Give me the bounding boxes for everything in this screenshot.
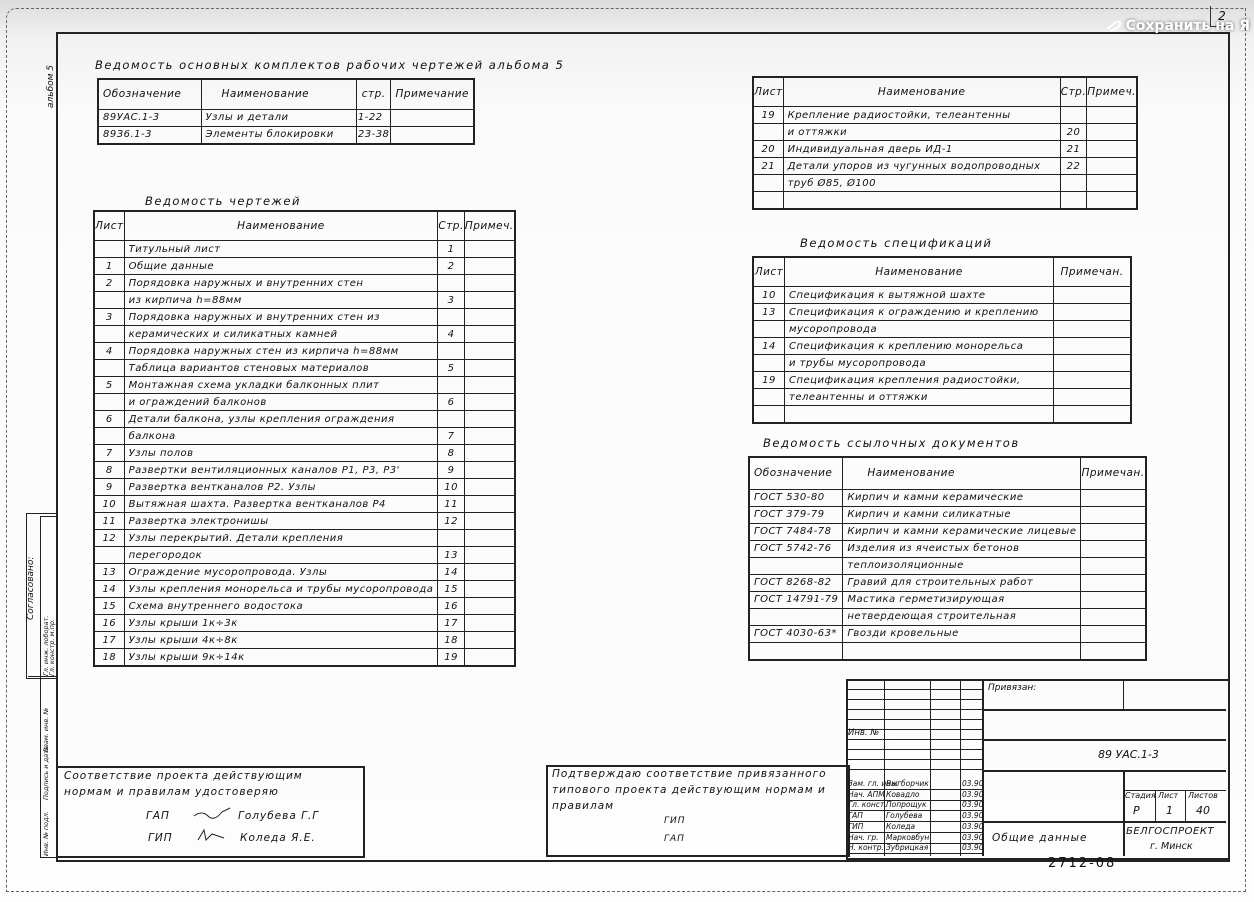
stamp-name: Голубева <box>886 811 922 820</box>
table-cell: Кирпич и камни керамические <box>843 489 1081 506</box>
col-header: Лист <box>94 211 124 241</box>
table-cell: 2 <box>94 275 124 292</box>
col-header: Стр. <box>438 211 464 241</box>
signer-role: ГИП <box>148 832 173 844</box>
table-cell: Индивидуальная дверь ИД-1 <box>783 141 1060 158</box>
main-sets-table: Обозначение Наименование стр. Примечание… <box>97 78 475 145</box>
table-cell <box>753 406 785 424</box>
table-cell <box>753 321 785 338</box>
table-cell: 11 <box>94 513 124 530</box>
table-row: 21Детали упоров из чугунных водопроводны… <box>753 158 1137 175</box>
inv-no-label: Инв. № <box>848 728 879 738</box>
table-cell <box>94 428 124 445</box>
table-cell: 16 <box>94 615 124 632</box>
table-cell <box>464 615 514 632</box>
table-cell: из кирпича h=88мм <box>124 292 438 309</box>
col-header: Примечан. <box>1081 457 1146 489</box>
table-cell: керамических и силикатных камней <box>124 326 438 343</box>
drawing-sheet: 2 Сохранить на Я альбом 5 Ведомость осно… <box>0 0 1254 902</box>
sheets-header: Листов <box>1188 791 1218 800</box>
table-row: 1Общие данные2 <box>94 258 515 275</box>
table-cell <box>749 557 843 574</box>
table-cell: 17 <box>438 615 464 632</box>
table-cell: ГОСТ 14791-79 <box>749 591 843 608</box>
signer-role: ГИП <box>664 816 686 826</box>
stamp-name: Попрощук <box>886 800 927 809</box>
table-cell: Монтажная схема укладки балконных плит <box>124 377 438 394</box>
sheet-header: Лист <box>1158 791 1178 800</box>
stamp-date: 03.90 <box>962 822 983 831</box>
table-cell: 18 <box>94 649 124 667</box>
table-cell: Узлы полов <box>124 445 438 462</box>
table-cell: Гвозди кровельные <box>843 625 1081 642</box>
sheet-value: 1 <box>1166 804 1173 817</box>
stamp-role: Гл. конст. <box>848 800 887 809</box>
stamp-role: Н. контр. <box>848 843 884 852</box>
table-cell: Детали балкона, узлы крепления ограждени… <box>124 411 438 428</box>
table-cell <box>464 275 514 292</box>
col-header: Наименование <box>783 77 1060 107</box>
table-cell <box>1060 175 1086 192</box>
table-cell: 21 <box>1060 141 1086 158</box>
table-row: 18Узлы крыши 9к÷14к19 <box>94 649 515 667</box>
table-cell: 16 <box>438 598 464 615</box>
table-cell <box>464 258 514 275</box>
table-row: 89З6.1-3 Элементы блокировки 23-38 <box>98 126 474 144</box>
table-cell <box>438 275 464 292</box>
table-cell: 14 <box>438 564 464 581</box>
table-cell: 11 <box>438 496 464 513</box>
table-cell: Мастика герметизирующая <box>843 591 1081 608</box>
table-cell <box>464 309 514 326</box>
table-cell <box>464 292 514 309</box>
table-cell <box>94 394 124 411</box>
col-header: Примеч. <box>464 211 514 241</box>
table-cell <box>1081 642 1146 660</box>
table-cell <box>1081 608 1146 625</box>
table-cell: труб Ø85, Ø100 <box>783 175 1060 192</box>
table-row: труб Ø85, Ø100 <box>753 175 1137 192</box>
table-cell: ГОСТ 530-80 <box>749 489 843 506</box>
table-cell <box>464 394 514 411</box>
table-cell: Развертки вентиляционных каналов Р1, Р3,… <box>124 462 438 479</box>
table-cell <box>94 547 124 564</box>
table-cell: Крепление радиостойки, телеантенны <box>783 107 1060 124</box>
table-cell: Развертка вентканалов Р2. Узлы <box>124 479 438 496</box>
main-sets-title: Ведомость основных комплектов рабочих че… <box>95 58 564 72</box>
table-cell: балкона <box>124 428 438 445</box>
table-cell: Узлы крыши 1к÷3к <box>124 615 438 632</box>
table-cell: 22 <box>1060 158 1086 175</box>
table-cell <box>464 479 514 496</box>
inv-podl-label: Инв. № подл. <box>42 811 50 856</box>
save-label: Сохранить на Я <box>1126 18 1251 34</box>
table-cell <box>464 547 514 564</box>
table-cell <box>1081 625 1146 642</box>
signer-role: ГАП <box>146 810 170 822</box>
stamp-name: Ковадло <box>886 790 920 799</box>
stamp-role: Нач. гр. <box>848 833 879 842</box>
table-cell: ГОСТ 5742-76 <box>749 540 843 557</box>
table-cell: 19 <box>438 649 464 667</box>
drawings-table: Лист Наименование Стр. Примеч. Титульный… <box>93 210 516 667</box>
table-row: ГОСТ 14791-79Мастика герметизирующая <box>749 591 1146 608</box>
sheet-title: Общие данные <box>992 832 1087 844</box>
table-cell <box>1054 338 1132 355</box>
table-cell: 4 <box>94 343 124 360</box>
table-row: теплоизоляционные <box>749 557 1146 574</box>
table-cell: ГОСТ 8268-82 <box>749 574 843 591</box>
archive-number: 2712-08 <box>1048 856 1116 871</box>
drawings-continued-table: Лист Наименование Стр. Примеч. 19Креплен… <box>752 76 1138 210</box>
table-row: Титульный лист1 <box>94 241 515 258</box>
table-cell: 10 <box>438 479 464 496</box>
table-cell <box>464 513 514 530</box>
podpis-label: Подпись и дата <box>42 746 50 800</box>
table-cell: Узлы перекрытий. Детали крепления <box>124 530 438 547</box>
paperclip-icon <box>1104 20 1122 32</box>
table-cell <box>464 632 514 649</box>
table-cell <box>1054 406 1132 424</box>
stamp-name: Зубрицкая <box>886 843 928 852</box>
table-cell: Детали упоров из чугунных водопроводных <box>783 158 1060 175</box>
table-cell: Кирпич и камни силикатные <box>843 506 1081 523</box>
table-cell: 19 <box>753 107 783 124</box>
table-cell: 13 <box>438 547 464 564</box>
table-cell: 7 <box>94 445 124 462</box>
table-cell <box>749 608 843 625</box>
table-cell <box>1054 372 1132 389</box>
table-cell: Спецификация к вытяжной шахте <box>785 287 1054 304</box>
table-cell: Порядовка наружных и внутренних стен <box>124 275 438 292</box>
table-cell: Порядовка наружных стен из кирпича h=88м… <box>124 343 438 360</box>
table-cell: 8 <box>438 445 464 462</box>
refs-table: Обозначение Наименование Примечан. ГОСТ … <box>748 456 1147 661</box>
table-cell: 20 <box>1060 124 1086 141</box>
certify-line: правилам <box>552 800 614 812</box>
table-row <box>749 642 1146 660</box>
table-cell: Схема внутреннего водостока <box>124 598 438 615</box>
table-row: 17Узлы крыши 4к÷8к18 <box>94 632 515 649</box>
signer-name: Коледа Я.Е. <box>240 832 316 844</box>
stage-header: Стадия <box>1125 791 1156 800</box>
col-header: Наименование <box>785 257 1054 287</box>
certify-line: Подтверждаю соответствие привязанного <box>552 768 827 780</box>
table-row: 5Монтажная схема укладки балконных плит <box>94 377 515 394</box>
table-row: мусоропровода <box>753 321 1131 338</box>
stamp-name: Коледа <box>886 822 915 831</box>
table-cell <box>94 241 124 258</box>
table-cell <box>438 309 464 326</box>
certify-line: нормам и правилам удостоверяю <box>64 786 279 798</box>
table-row: 10Спецификация к вытяжной шахте <box>753 287 1131 304</box>
signature-icon <box>196 828 226 844</box>
table-row: телеантенны и оттяжки <box>753 389 1131 406</box>
table-cell: 19 <box>753 372 785 389</box>
table-cell <box>753 124 783 141</box>
table-cell <box>1054 287 1132 304</box>
table-cell: 13 <box>94 564 124 581</box>
table-cell <box>1081 557 1146 574</box>
table-cell: 9 <box>438 462 464 479</box>
table-cell <box>1054 389 1132 406</box>
stamp-name: Марковбун <box>886 833 929 842</box>
table-row <box>753 192 1137 210</box>
table-cell <box>753 355 785 372</box>
table-cell <box>464 581 514 598</box>
col-header: Наименование <box>201 79 356 109</box>
table-cell: 17 <box>94 632 124 649</box>
col-header: Обозначение <box>98 79 201 109</box>
table-cell: телеантенны и оттяжки <box>785 389 1054 406</box>
table-row: ГОСТ 379-79Кирпич и камни силикатные <box>749 506 1146 523</box>
stamp-role: ГАП <box>848 811 863 820</box>
table-cell: 15 <box>94 598 124 615</box>
table-cell <box>1081 489 1146 506</box>
col-header: Наименование <box>124 211 438 241</box>
table-row: из кирпича h=88мм3 <box>94 292 515 309</box>
table-row: 11Развертка электронишы12 <box>94 513 515 530</box>
table-cell <box>1087 141 1137 158</box>
table-cell: 20 <box>753 141 783 158</box>
agreed-label: Согласовано: <box>26 557 36 620</box>
col-header: Лист <box>753 77 783 107</box>
sheets-value: 40 <box>1196 804 1210 817</box>
organization: БЕЛГОСПРОЕКТ <box>1126 826 1214 837</box>
col-header: Примечание <box>391 79 474 109</box>
signature-icon <box>192 806 232 822</box>
table-cell: мусоропровода <box>785 321 1054 338</box>
stamp-role: ГИП <box>848 822 863 831</box>
city: г. Минск <box>1150 841 1193 852</box>
table-cell <box>464 241 514 258</box>
table-cell: Кирпич и камни керамические лицевые <box>843 523 1081 540</box>
table-cell <box>464 360 514 377</box>
table-row: ГОСТ 7484-78Кирпич и камни керамические … <box>749 523 1146 540</box>
table-cell: 6 <box>94 411 124 428</box>
table-cell <box>1081 540 1146 557</box>
table-cell <box>753 175 783 192</box>
table-cell <box>1081 523 1146 540</box>
table-cell: 12 <box>94 530 124 547</box>
table-cell: 3 <box>94 309 124 326</box>
table-cell: 21 <box>753 158 783 175</box>
table-cell <box>1054 304 1132 321</box>
table-cell: и ограждений балконов <box>124 394 438 411</box>
table-cell: теплоизоляционные <box>843 557 1081 574</box>
table-cell: Изделия из ячеистых бетонов <box>843 540 1081 557</box>
table-cell <box>749 642 843 660</box>
table-row: и ограждений балконов6 <box>94 394 515 411</box>
table-row: 7Узлы полов8 <box>94 445 515 462</box>
table-cell <box>753 192 783 210</box>
table-cell <box>1087 107 1137 124</box>
stage-value: Р <box>1133 804 1140 817</box>
table-cell <box>464 428 514 445</box>
table-cell <box>464 564 514 581</box>
col-header: Наименование <box>843 457 1081 489</box>
table-row: ГОСТ 530-80Кирпич и камни керамические <box>749 489 1146 506</box>
table-cell: Ограждение мусоропровода. Узлы <box>124 564 438 581</box>
table-cell: ГОСТ 7484-78 <box>749 523 843 540</box>
table-cell: 5 <box>438 360 464 377</box>
table-cell: 3 <box>438 292 464 309</box>
table-row: 19Спецификация крепления радиостойки, <box>753 372 1131 389</box>
table-cell: 1 <box>438 241 464 258</box>
stamp-date: 03.90 <box>962 800 983 809</box>
table-cell: 4 <box>438 326 464 343</box>
table-row: 13Спецификация к ограждению и креплению <box>753 304 1131 321</box>
col-header: стр. <box>356 79 391 109</box>
table-row <box>753 406 1131 424</box>
table-cell: 14 <box>753 338 785 355</box>
table-row: 6Детали балкона, узлы крепления огражден… <box>94 411 515 428</box>
table-cell <box>464 377 514 394</box>
table-row: 2Порядовка наружных и внутренних стен <box>94 275 515 292</box>
table-cell <box>464 411 514 428</box>
table-cell <box>785 406 1054 424</box>
col-header: Стр. <box>1060 77 1086 107</box>
refs-title: Ведомость ссылочных документов <box>763 436 1020 450</box>
table-row: Таблица вариантов стеновых материалов5 <box>94 360 515 377</box>
table-cell: 12 <box>438 513 464 530</box>
table-cell: нетвердеющая строительная <box>843 608 1081 625</box>
table-cell <box>464 649 514 667</box>
table-row: 10Вытяжная шахта. Развертка вентканалов … <box>94 496 515 513</box>
table-cell <box>1081 591 1146 608</box>
agreed-row: Гл. констр. м.пр. <box>48 619 56 676</box>
table-cell <box>464 445 514 462</box>
table-cell <box>464 462 514 479</box>
save-to-yandex-button[interactable]: Сохранить на Я <box>1104 18 1251 34</box>
col-header: Лист <box>753 257 785 287</box>
table-cell <box>464 530 514 547</box>
specs-table: Лист Наименование Примечан. 10Спецификац… <box>752 256 1132 424</box>
stamp-date: 03.90 <box>962 833 983 842</box>
certify-line: Соответствие проекта действующим <box>64 770 303 782</box>
col-header: Примеч. <box>1087 77 1137 107</box>
table-row: 4Порядовка наружных стен из кирпича h=88… <box>94 343 515 360</box>
table-row: ГОСТ 4030-63*Гвозди кровельные <box>749 625 1146 642</box>
table-cell <box>94 360 124 377</box>
table-cell: 2 <box>438 258 464 275</box>
table-cell <box>1081 574 1146 591</box>
table-cell: 10 <box>94 496 124 513</box>
table-row: керамических и силикатных камней4 <box>94 326 515 343</box>
table-row: 89УАС.1-3 Узлы и детали 1-22 <box>98 109 474 126</box>
table-cell: Спецификация к ограждению и креплению <box>785 304 1054 321</box>
table-cell <box>1054 321 1132 338</box>
table-cell: Спецификация крепления радиостойки, <box>785 372 1054 389</box>
table-cell: и оттяжки <box>783 124 1060 141</box>
table-cell <box>464 326 514 343</box>
table-cell: 13 <box>753 304 785 321</box>
signer-name: Голубева Г.Г <box>238 810 319 822</box>
table-row: ГОСТ 8268-82Гравий для строительных рабо… <box>749 574 1146 591</box>
table-row: перегородок13 <box>94 547 515 564</box>
table-cell: Вытяжная шахта. Развертка вентканалов Р4 <box>124 496 438 513</box>
table-cell <box>1087 158 1137 175</box>
table-row: 8Развертки вентиляционных каналов Р1, Р3… <box>94 462 515 479</box>
table-cell: 14 <box>94 581 124 598</box>
table-cell <box>464 343 514 360</box>
table-row: 14Спецификация к креплению монорельса <box>753 338 1131 355</box>
drawings-title: Ведомость чертежей <box>145 194 301 208</box>
table-cell: 1 <box>94 258 124 275</box>
table-cell <box>94 326 124 343</box>
table-cell: Таблица вариантов стеновых материалов <box>124 360 438 377</box>
table-cell: 15 <box>438 581 464 598</box>
table-cell <box>1060 192 1086 210</box>
table-cell <box>1087 175 1137 192</box>
stamp-date: 03.90 <box>962 843 983 852</box>
table-cell: Порядовка наружных и внутренних стен из <box>124 309 438 326</box>
table-cell: Узлы крепления монорельса и трубы мусоро… <box>124 581 438 598</box>
table-cell: 18 <box>438 632 464 649</box>
table-cell: Общие данные <box>124 258 438 275</box>
table-cell: 8 <box>94 462 124 479</box>
table-cell <box>843 642 1081 660</box>
table-cell <box>1087 124 1137 141</box>
table-row: 16Узлы крыши 1к÷3к17 <box>94 615 515 632</box>
stamp-date: 03.90 <box>962 779 983 788</box>
table-row: 9Развертка вентканалов Р2. Узлы10 <box>94 479 515 496</box>
table-row: 14Узлы крепления монорельса и трубы мусо… <box>94 581 515 598</box>
table-row: 20Индивидуальная дверь ИД-121 <box>753 141 1137 158</box>
table-cell: ГОСТ 379-79 <box>749 506 843 523</box>
table-cell: и трубы мусоропровода <box>785 355 1054 372</box>
stamp-name: Выгборчик <box>886 779 929 788</box>
table-cell: 6 <box>438 394 464 411</box>
table-cell <box>1054 355 1132 372</box>
table-cell: 10 <box>753 287 785 304</box>
table-cell <box>1060 107 1086 124</box>
table-cell: 9 <box>94 479 124 496</box>
privyazan-label: Привязан: <box>988 683 1036 693</box>
table-row: 19Крепление радиостойки, телеантенны <box>753 107 1137 124</box>
table-cell <box>1087 192 1137 210</box>
table-row: 13Ограждение мусоропровода. Узлы14 <box>94 564 515 581</box>
stamp-role: Нач. АПМ <box>848 790 885 799</box>
table-row: и оттяжки20 <box>753 124 1137 141</box>
table-cell <box>783 192 1060 210</box>
table-row: 12Узлы перекрытий. Детали крепления <box>94 530 515 547</box>
table-row: 3Порядовка наружных и внутренних стен из <box>94 309 515 326</box>
table-cell: Узлы крыши 4к÷8к <box>124 632 438 649</box>
table-cell: ГОСТ 4030-63* <box>749 625 843 642</box>
table-cell <box>438 411 464 428</box>
table-cell <box>94 292 124 309</box>
table-row: и трубы мусоропровода <box>753 355 1131 372</box>
stamp-date: 03.90 <box>962 790 983 799</box>
table-cell <box>464 496 514 513</box>
table-cell <box>464 598 514 615</box>
table-row: нетвердеющая строительная <box>749 608 1146 625</box>
album-label: альбом 5 <box>46 65 56 108</box>
table-cell <box>753 389 785 406</box>
col-header: Обозначение <box>749 457 843 489</box>
col-header: Примечан. <box>1054 257 1132 287</box>
table-cell: Развертка электронишы <box>124 513 438 530</box>
table-cell: 7 <box>438 428 464 445</box>
table-cell: 5 <box>94 377 124 394</box>
certify-line: типового проекта действующим нормам и <box>552 784 826 796</box>
table-cell: Спецификация к креплению монорельса <box>785 338 1054 355</box>
table-cell: Гравий для строительных работ <box>843 574 1081 591</box>
table-cell <box>438 530 464 547</box>
document-code: 89 УАС.1-3 <box>1098 748 1159 761</box>
table-cell: Узлы крыши 9к÷14к <box>124 649 438 667</box>
